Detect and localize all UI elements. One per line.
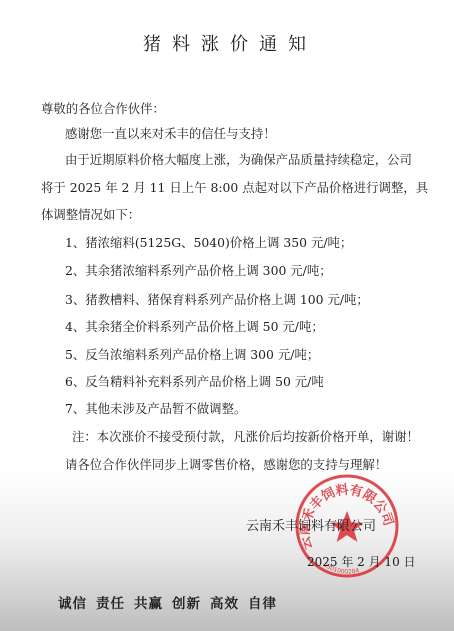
signature-date: 2025 年 2 月 10 日 <box>307 553 416 570</box>
list-item: 4、其余猪全价料系列产品价格上调 50 元/吨； <box>65 317 324 335</box>
motto-word: 共赢 <box>134 596 163 612</box>
motto-word: 诚信 <box>58 596 87 612</box>
signature-company: 云南禾丰饲料有限公司 <box>246 515 376 534</box>
list-item: 2、其余猪浓缩料系列产品价格上调 300 元/吨； <box>65 261 332 279</box>
closing-remark: 请各位合作伙伴同步上调零售价格，感谢您的支持与理解！ <box>65 455 387 473</box>
company-motto: 诚信责任共赢创新高效自律 <box>58 592 286 612</box>
list-item: 6、反刍精料补充料系列产品价格上调 50 元/吨 <box>65 372 324 390</box>
document-title: 猪料涨价通知 <box>0 30 454 56</box>
motto-word: 自律 <box>248 596 277 612</box>
note: 注：本次涨价不接受预付款，凡涨价后均按新价格开单，谢谢！ <box>72 427 419 445</box>
paragraph-reason-line-1: 由于近期原料价格大幅度上涨，为确保产品质量持续稳定，公司 <box>65 150 412 168</box>
list-item: 1、猪浓缩料(5125G、5040)价格上调 350 元/吨； <box>65 233 352 251</box>
paragraph-reason-line-2: 将于 2025 年 2 月 11 日上午 8:00 点起对以下产品价格进行调整，… <box>41 178 428 196</box>
paragraph-reason-line-3: 体调整情况如下： <box>41 205 140 223</box>
list-item: 7、其他未涉及产品暂不做调整。 <box>65 399 246 417</box>
motto-word: 创新 <box>172 596 201 612</box>
motto-word: 责任 <box>96 596 125 612</box>
salutation: 尊敬的各位合作伙伴： <box>41 99 165 117</box>
list-item: 3、猪教槽料、猪保育料系列产品价格上调 100 元/吨； <box>65 290 369 308</box>
list-item: 5、反刍浓缩料系列产品价格上调 300 元/吨； <box>65 345 319 363</box>
motto-word: 高效 <box>210 596 239 612</box>
paragraph-thanks: 感谢您一直以来对禾丰的信任与支持！ <box>65 124 276 142</box>
